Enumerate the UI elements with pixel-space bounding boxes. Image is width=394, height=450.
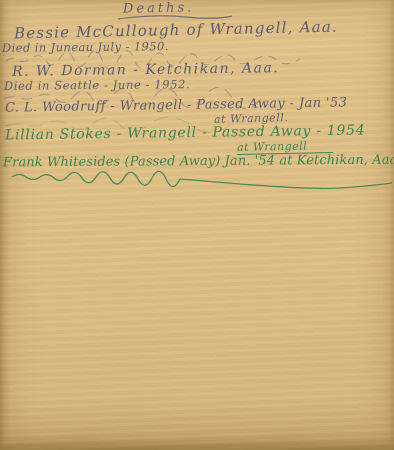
- underline-flourish: [0, 170, 394, 196]
- entry-name: C. L. Woodruff - Wrangell - Passed Away …: [5, 96, 348, 115]
- entry-detail: Died in Juneau July - 1950.: [2, 40, 169, 54]
- entry-name: Frank Whitesides (Passed Away) Jan. '54 …: [3, 154, 394, 170]
- scanned-ledger-page: Deaths. Bessie McCullough of Wrangell, A…: [0, 0, 394, 450]
- entry-name: Bessie McCullough of Wrangell, Aaa.: [14, 20, 338, 43]
